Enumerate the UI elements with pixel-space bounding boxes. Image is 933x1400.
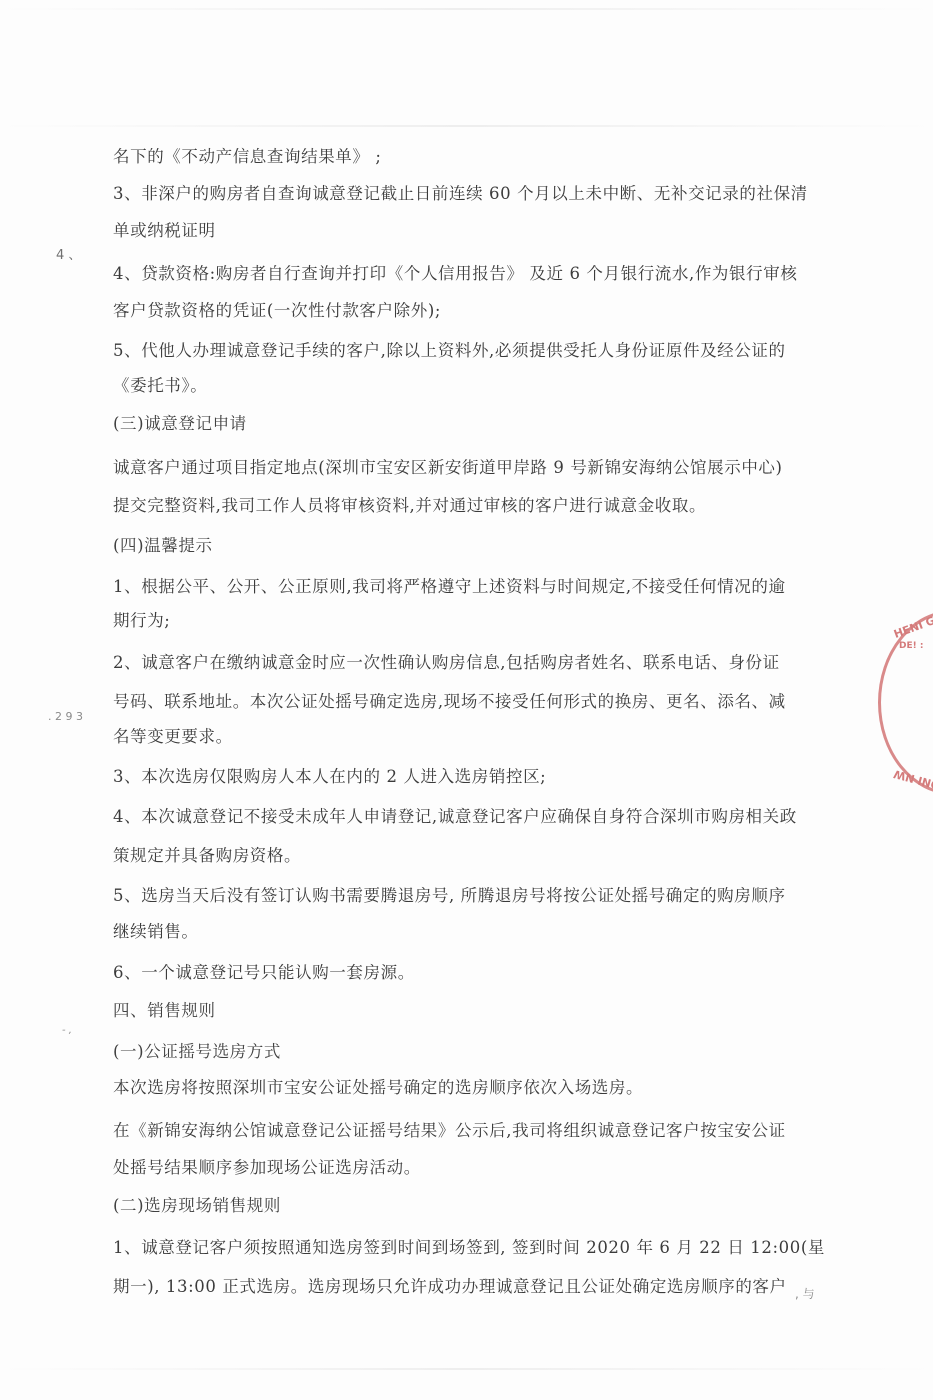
doc-line: 名等变更要求。 <box>113 726 233 748</box>
section-heading: (四)温馨提示 <box>113 535 213 557</box>
doc-line: 1、根据公平、公开、公正原则,我司将严格遵守上述资料与时间规定,不接受任何情况的… <box>113 576 786 598</box>
doc-line: 处摇号结果顺序参加现场公证选房活动。 <box>113 1157 421 1179</box>
margin-mark: . 2 9 3 <box>48 710 83 723</box>
doc-line: 5、代他人办理诚意登记手续的客户,除以上资料外,必须提供受托人身份证原件及经公证… <box>113 340 786 362</box>
doc-line: 在《新锦安海纳公馆诚意登记公证摇号结果》公示后,我司将组织诚意登记客户按宝安公证 <box>113 1120 786 1142</box>
section-heading: (三)诚意登记申请 <box>113 413 247 435</box>
section-heading: (二)选房现场销售规则 <box>113 1195 281 1217</box>
margin-mark: - , <box>62 1025 72 1036</box>
section-heading: (一)公证摇号选房方式 <box>113 1041 281 1063</box>
section-heading: 四、销售规则 <box>113 1000 216 1022</box>
doc-line: 3、本次选房仅限购房人本人在内的 2 人进入选房销控区; <box>113 766 546 788</box>
company-seal-stamp: HENI G DE! : ONI NW <box>878 610 933 795</box>
doc-line: 期一), 13:00 正式选房。选房现场只允许成功办理诚意登记且公证处确定选房顺… <box>113 1276 787 1298</box>
doc-line: 策规定并具备购房资格。 <box>113 845 301 867</box>
scanned-document-page: 名下的《不动产信息查询结果单》 ; 3、非深户的购房者自查询诚意登记截止日前连续… <box>0 0 933 1400</box>
stamp-text-bottom: ONI NW <box>892 767 933 792</box>
doc-line: 4、本次诚意登记不接受未成年人申请登记,诚意登记客户应确保自身符合深圳市购房相关… <box>113 806 797 828</box>
doc-line: 单或纳税证明 <box>113 220 216 242</box>
doc-line: 期行为; <box>113 610 170 632</box>
doc-line: 1、诚意登记客户须按照通知选房签到时间到场签到, 签到时间 2020 年 6 月… <box>113 1237 825 1259</box>
doc-line: 6、一个诚意登记号只能认购一套房源。 <box>113 962 415 984</box>
doc-line: 号码、联系地址。本次公证处摇号确定选房,现场不接受任何形式的换房、更名、添名、减 <box>113 691 786 713</box>
doc-line: 3、非深户的购房者自查询诚意登记截止日前连续 60 个月以上未中断、无补交记录的… <box>113 183 808 205</box>
stamp-text-mid: DE! : <box>899 641 923 651</box>
doc-line: 2、诚意客户在缴纳诚意金时应一次性确认购房信息,包括购房者姓名、联系电话、身份证 <box>113 652 780 674</box>
doc-line: 名下的《不动产信息查询结果单》 ; <box>113 146 382 168</box>
scan-streak <box>0 8 933 10</box>
doc-line: 诚意客户通过项目指定地点(深圳市宝安区新安街道甲岸路 9 号新锦安海纳公馆展示中… <box>113 457 783 479</box>
margin-mark: , 与 <box>795 1285 815 1302</box>
doc-line: 提交完整资料,我司工作人员将审核资料,并对通过审核的客户进行诚意金收取。 <box>113 495 706 517</box>
doc-line: 继续销售。 <box>113 921 199 943</box>
doc-line: 本次选房将按照深圳市宝安公证处摇号确定的选房顺序依次入场选房。 <box>113 1077 643 1099</box>
doc-line: 《委托书》。 <box>113 375 207 397</box>
stamp-text-top: HENI G <box>892 614 933 641</box>
scan-streak <box>0 125 933 127</box>
scan-streak <box>0 1368 933 1370</box>
doc-line: 4、贷款资格:购房者自行查询并打印《个人信用报告》 及近 6 个月银行流水,作为… <box>113 263 797 285</box>
margin-mark: 4 、 <box>56 244 81 263</box>
doc-line: 5、选房当天后没有签订认购书需要腾退房号, 所腾退房号将按公证处摇号确定的购房顺… <box>113 885 786 907</box>
doc-line: 客户贷款资格的凭证(一次性付款客户除外); <box>113 300 441 322</box>
